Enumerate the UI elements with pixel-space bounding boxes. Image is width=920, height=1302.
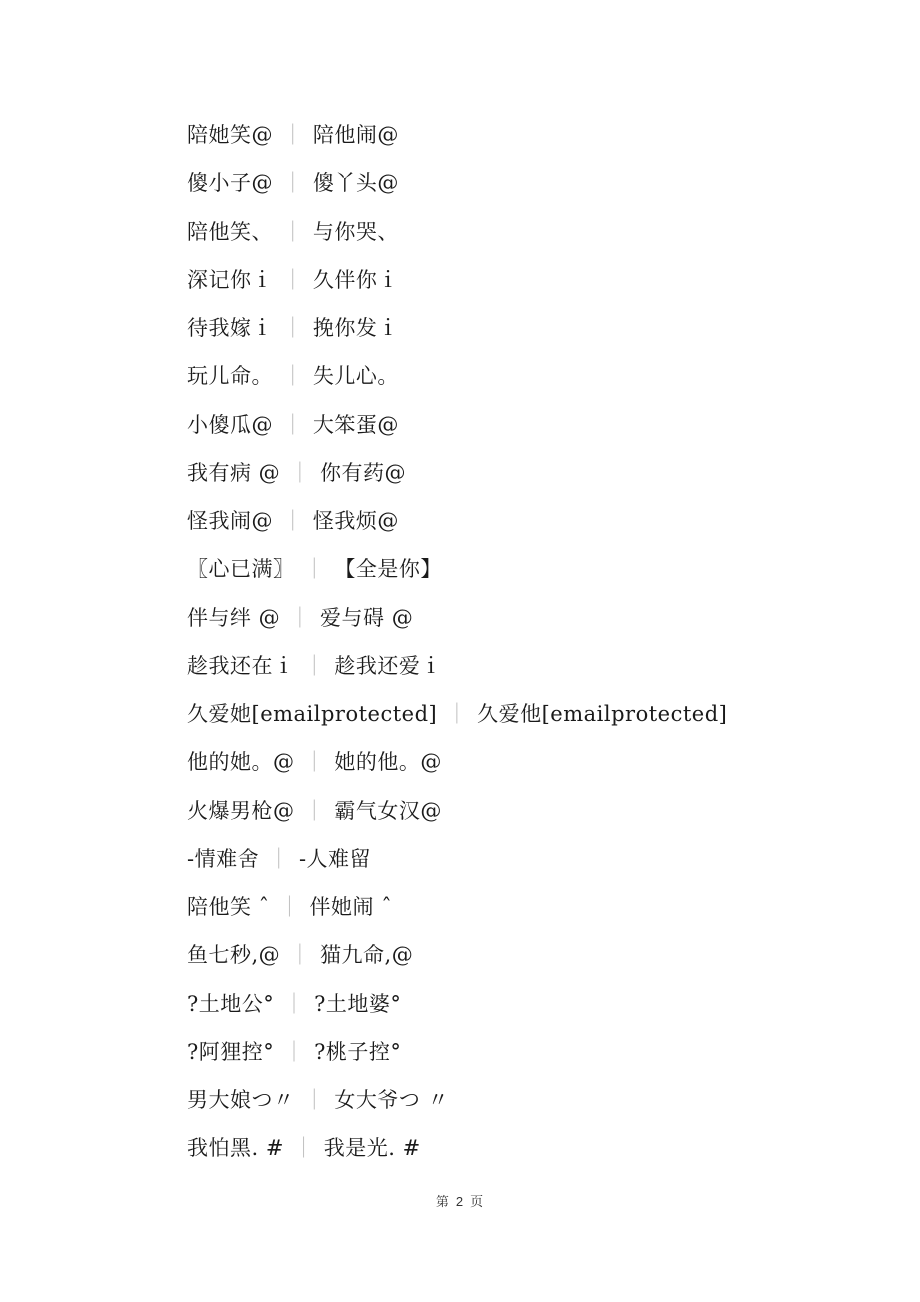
separator: ｜	[304, 557, 326, 581]
list-item: 待我嫁ｉ ｜ 挽你发ｉ	[187, 304, 727, 352]
right-nickname: 女大爷つ 〃	[327, 1088, 449, 1112]
left-nickname: 陪她笑@	[187, 123, 280, 147]
left-nickname: 玩儿命。	[187, 364, 280, 388]
list-item: 傻小子@ ｜ 傻丫头@	[187, 159, 727, 207]
list-item: 陪他笑、 ｜ 与你哭、	[187, 208, 727, 256]
left-nickname: 待我嫁ｉ	[187, 316, 280, 340]
right-nickname: 我是光. #	[317, 1136, 421, 1160]
list-item: 伴与绊 @ ｜ 爱与碍 @	[187, 594, 727, 642]
separator: ｜	[304, 654, 326, 678]
separator: ｜	[282, 171, 304, 195]
separator: ｜	[282, 316, 304, 340]
separator: ｜	[446, 702, 468, 726]
left-nickname: 我怕黑. #	[187, 1136, 291, 1160]
left-nickname: 伴与绊 @	[187, 606, 287, 630]
separator: ｜	[283, 992, 305, 1016]
right-nickname: 挽你发ｉ	[306, 316, 399, 340]
right-nickname: 她的他。@	[327, 750, 442, 774]
page-label-suffix: 页	[470, 1195, 484, 1210]
list-item: 我有病 @ ｜ 你有药@	[187, 449, 727, 497]
left-nickname: ?阿狸控°	[187, 1040, 281, 1064]
list-item: 怪我闹@ ｜ 怪我烦@	[187, 497, 727, 545]
list-item: 火爆男枪@ ｜ 霸气女汉@	[187, 787, 727, 835]
left-nickname: 男大娘つ〃	[187, 1088, 302, 1112]
list-item: 他的她。@ ｜ 她的他。@	[187, 738, 727, 786]
separator: ｜	[282, 413, 304, 437]
left-nickname: 深记你ｉ	[187, 268, 280, 292]
list-item: 玩儿命。 ｜ 失儿心。	[187, 352, 727, 400]
left-nickname: 小傻瓜@	[187, 413, 280, 437]
right-nickname: 【全是你】	[327, 557, 442, 581]
list-item: 趁我还在ｉ ｜ 趁我还爱ｉ	[187, 642, 727, 690]
list-item: 陪他笑 ˆ ｜ 伴她闹 ˆ	[187, 883, 727, 931]
right-nickname: 爱与碍 @	[313, 606, 413, 630]
left-nickname: 我有病 @	[187, 461, 287, 485]
right-nickname: 与你哭、	[306, 220, 399, 244]
right-nickname: 久爱他[emailprotected]	[470, 702, 727, 726]
left-nickname: 久爱她[emailprotected]	[187, 702, 444, 726]
separator: ｜	[304, 750, 326, 774]
list-item: -情难舍 ｜ -人难留	[187, 835, 727, 883]
separator: ｜	[282, 123, 304, 147]
list-item: 深记你ｉ ｜ 久伴你ｉ	[187, 256, 727, 304]
left-nickname: 火爆男枪@	[187, 799, 302, 823]
nickname-pair-list: 陪她笑@ ｜ 陪他闹@ 傻小子@ ｜ 傻丫头@ 陪他笑、 ｜ 与你哭、 深记你ｉ…	[187, 111, 727, 1173]
left-nickname: 陪他笑、	[187, 220, 280, 244]
right-nickname: 傻丫头@	[306, 171, 399, 195]
right-nickname: 大笨蛋@	[306, 413, 399, 437]
page-number: 2	[456, 1194, 464, 1209]
right-nickname: ?土地婆°	[307, 992, 401, 1016]
list-item: 久爱她[emailprotected] ｜ 久爱他[emailprotected…	[187, 690, 727, 738]
left-nickname: 傻小子@	[187, 171, 280, 195]
left-nickname: 陪他笑 ˆ	[187, 895, 277, 919]
left-nickname: 鱼七秒,@	[187, 943, 287, 967]
left-nickname: ?土地公°	[187, 992, 281, 1016]
separator: ｜	[282, 220, 304, 244]
right-nickname: 久伴你ｉ	[306, 268, 399, 292]
left-nickname: 他的她。@	[187, 750, 302, 774]
right-nickname: ?桃子控°	[307, 1040, 401, 1064]
left-nickname: 〖心已满〗	[187, 557, 302, 581]
right-nickname: 陪他闹@	[306, 123, 399, 147]
page-label-prefix: 第	[436, 1195, 450, 1210]
list-item: 〖心已满〗 ｜ 【全是你】	[187, 545, 727, 593]
right-nickname: 失儿心。	[306, 364, 399, 388]
separator: ｜	[293, 1136, 315, 1160]
right-nickname: -人难留	[292, 847, 371, 871]
list-item: ?阿狸控° ｜ ?桃子控°	[187, 1028, 727, 1076]
separator: ｜	[289, 461, 311, 485]
separator: ｜	[282, 268, 304, 292]
list-item: 陪她笑@ ｜ 陪他闹@	[187, 111, 727, 159]
right-nickname: 趁我还爱ｉ	[327, 654, 442, 678]
left-nickname: 怪我闹@	[187, 509, 280, 533]
right-nickname: 怪我烦@	[306, 509, 399, 533]
list-item: ?土地公° ｜ ?土地婆°	[187, 980, 727, 1028]
separator: ｜	[279, 895, 301, 919]
right-nickname: 霸气女汉@	[327, 799, 442, 823]
left-nickname: -情难舍	[187, 847, 266, 871]
separator: ｜	[289, 943, 311, 967]
left-nickname: 趁我还在ｉ	[187, 654, 302, 678]
right-nickname: 猫九命,@	[313, 943, 413, 967]
separator: ｜	[282, 364, 304, 388]
separator: ｜	[304, 799, 326, 823]
document-page: 陪她笑@ ｜ 陪他闹@ 傻小子@ ｜ 傻丫头@ 陪他笑、 ｜ 与你哭、 深记你ｉ…	[0, 0, 920, 1302]
separator: ｜	[289, 606, 311, 630]
list-item: 男大娘つ〃 ｜ 女大爷つ 〃	[187, 1076, 727, 1124]
page-footer: 第2页	[0, 1191, 920, 1210]
right-nickname: 你有药@	[313, 461, 406, 485]
list-item: 小傻瓜@ ｜ 大笨蛋@	[187, 401, 727, 449]
list-item: 我怕黑. # ｜ 我是光. #	[187, 1124, 727, 1172]
separator: ｜	[304, 1088, 326, 1112]
separator: ｜	[283, 1040, 305, 1064]
list-item: 鱼七秒,@ ｜ 猫九命,@	[187, 931, 727, 979]
separator: ｜	[268, 847, 290, 871]
right-nickname: 伴她闹 ˆ	[302, 895, 392, 919]
separator: ｜	[282, 509, 304, 533]
